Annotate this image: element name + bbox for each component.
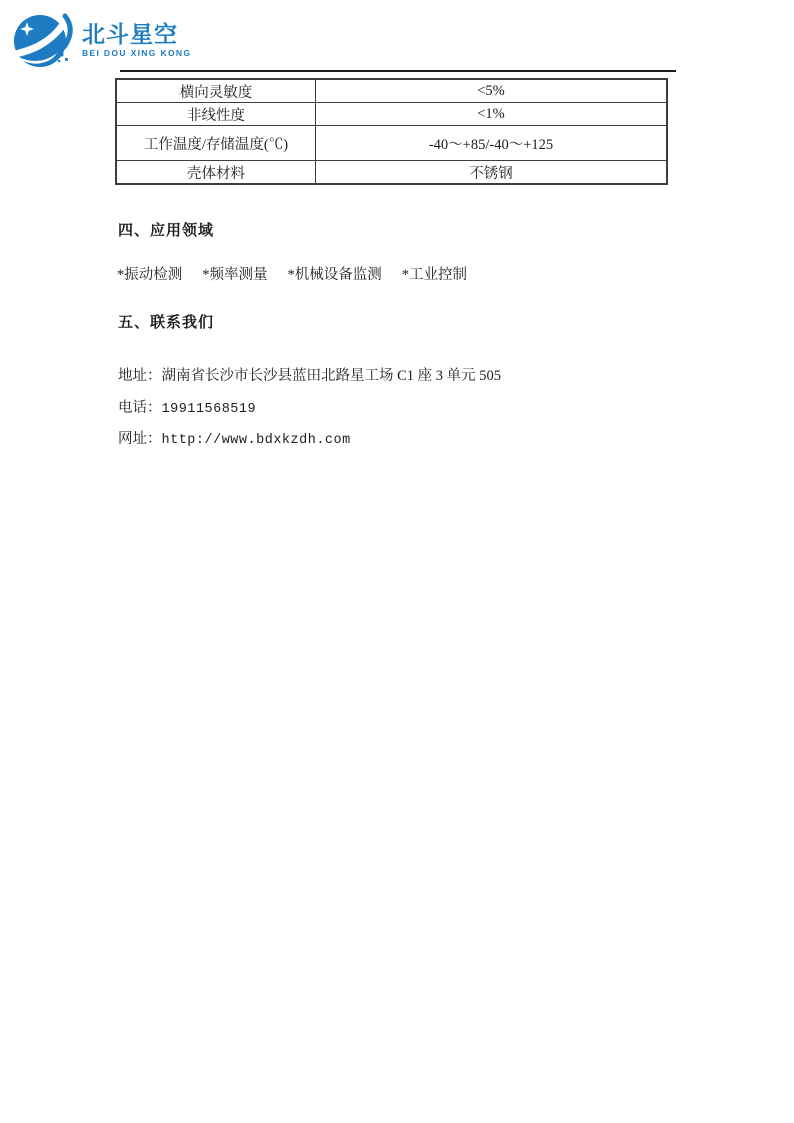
phone-value: 19911568519 <box>162 402 257 417</box>
website-label: 网址： <box>118 431 162 447</box>
header-divider-line <box>120 70 676 72</box>
document-page: 北斗星空 BEI DOU XING KONG 横向灵敏度 <5% 非线性度 <1… <box>0 0 794 1123</box>
spec-label-cell: 工作温度/存储温度(℃) <box>116 126 316 161</box>
website-value: http://www.bdxkzdh.com <box>162 433 351 448</box>
brand-name-english: BEI DOU XING KONG <box>82 49 191 58</box>
address-value: 湖南省长沙市长沙县蓝田北路星工场 C1 座 3 单元 505 <box>162 368 502 384</box>
table-row: 非线性度 <1% <box>116 103 667 126</box>
table-row: 工作温度/存储温度(℃) -40～+85/-40～+125 <box>116 126 667 161</box>
website-line: 网址：http://www.bdxkzdh.com <box>118 427 351 448</box>
application-item: *振动检测 <box>117 263 182 284</box>
brand-wordmark: 北斗星空 BEI DOU XING KONG <box>82 23 191 58</box>
spec-value-cell: 不锈钢 <box>316 161 668 185</box>
applications-list: *振动检测 *频率测量 *机械设备监测 *工业控制 <box>117 263 467 284</box>
table-row: 壳体材料 不锈钢 <box>116 161 667 185</box>
phone-label: 电话： <box>118 400 162 416</box>
spec-value-cell: <1% <box>316 103 668 126</box>
phone-line: 电话：19911568519 <box>118 396 256 417</box>
application-item: *工业控制 <box>402 263 467 284</box>
spec-value-cell: <5% <box>316 79 668 103</box>
brand-logo: 北斗星空 BEI DOU XING KONG <box>12 11 191 73</box>
table-row: 横向灵敏度 <5% <box>116 79 667 103</box>
section-heading-contact: 五、联系我们 <box>118 311 214 332</box>
spec-value-cell: -40～+85/-40～+125 <box>316 126 668 161</box>
address-line: 地址：湖南省长沙市长沙县蓝田北路星工场 C1 座 3 单元 505 <box>118 364 501 385</box>
section-heading-applications: 四、应用领域 <box>118 219 214 240</box>
application-item: *机械设备监测 <box>288 263 382 284</box>
spec-label-cell: 非线性度 <box>116 103 316 126</box>
spec-table: 横向灵敏度 <5% 非线性度 <1% 工作温度/存储温度(℃) -40～+85/… <box>115 78 668 185</box>
spec-label-cell: 横向灵敏度 <box>116 79 316 103</box>
address-label: 地址： <box>118 368 162 384</box>
brand-name-chinese: 北斗星空 <box>82 23 191 46</box>
globe-swoosh-icon <box>12 11 78 73</box>
application-item: *频率测量 <box>202 263 267 284</box>
spec-label-cell: 壳体材料 <box>116 161 316 185</box>
